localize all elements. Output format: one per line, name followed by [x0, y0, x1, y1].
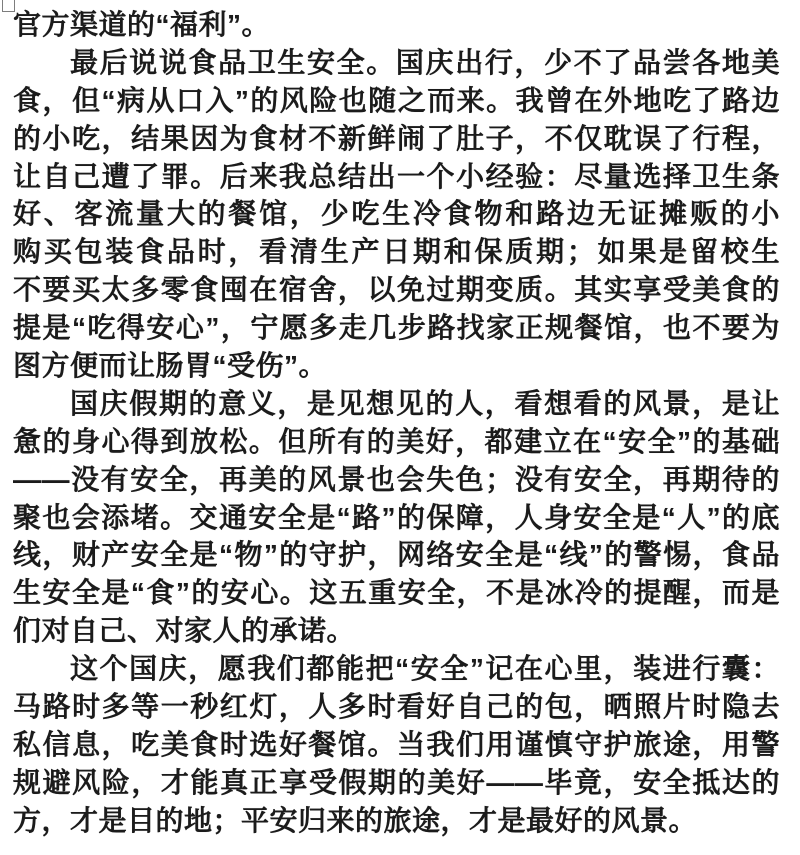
text-line: 最后说说食品卫生安全。国庆出行，少不了品尝各地美 — [13, 44, 780, 82]
text-line: 图方便而让肠胃“受伤”。 — [13, 347, 780, 385]
text-line: 规避风险，才能真正享受假期的美好——毕竟，安全抵达的地 — [13, 764, 780, 802]
text-line: 马路时多等一秒红灯，人多时看好自己的包，晒照片时隐去隐 — [13, 688, 780, 726]
text-lines: 官方渠道的“福利”。最后说说食品卫生安全。国庆出行，少不了品尝各地美食，但“病从… — [13, 6, 780, 840]
text-line: 私信息，吃美食时选好餐馆。当我们用谨慎守护旅途，用警惕 — [13, 726, 780, 764]
text-line: 食，但“病从口入”的风险也随之而来。我曾在外地吃了路边摊 — [13, 82, 780, 120]
text-line: ——没有安全，再美的风景也会失色；没有安全，再期待的相 — [13, 461, 780, 499]
document-page: 官方渠道的“福利”。最后说说食品卫生安全。国庆出行，少不了品尝各地美食，但“病从… — [0, 0, 800, 855]
text-line: 提是“吃得安心”，宁愿多走几步路找家正规餐馆，也不要为了 — [13, 309, 780, 347]
text-line: 这个国庆，愿我们都能把“安全”记在心里，装进行囊：过 — [13, 650, 780, 688]
text-line: 方，才是目的地；平安归来的旅途，才是最好的风景。 — [13, 802, 780, 840]
text-line: 惫的身心得到放松。但所有的美好，都建立在“安全”的基础上 — [13, 423, 780, 461]
text-line: 好、客流量大的餐馆，少吃生冷食物和路边无证摊贩的小吃； — [13, 195, 780, 233]
text-line: 让自己遭了罪。后来我总结出一个小经验：尽量选择卫生条件 — [13, 158, 780, 196]
text-line: 的小吃，结果因为食材不新鲜闹了肚子，不仅耽误了行程，还 — [13, 120, 780, 158]
text-line: 线，财产安全是“物”的守护，网络安全是“线”的警惕，食品卫 — [13, 536, 780, 574]
text-line: 生安全是“食”的安心。这五重安全，不是冰冷的提醒，而是我 — [13, 574, 780, 612]
text-line: 国庆假期的意义，是见想见的人，看想看的风景，是让疲 — [13, 385, 780, 423]
text-line: 们对自己、对家人的承诺。 — [13, 612, 780, 650]
text-line: 购买包装食品时，看清生产日期和保质期；如果是留校生活， — [13, 233, 780, 271]
text-line: 官方渠道的“福利”。 — [13, 6, 780, 44]
text-line: 不要买太多零食囤在宿舍，以免过期变质。其实享受美食的前 — [13, 271, 780, 309]
text-line: 聚也会添堵。交通安全是“路”的保障，人身安全是“人”的底 — [13, 499, 780, 537]
